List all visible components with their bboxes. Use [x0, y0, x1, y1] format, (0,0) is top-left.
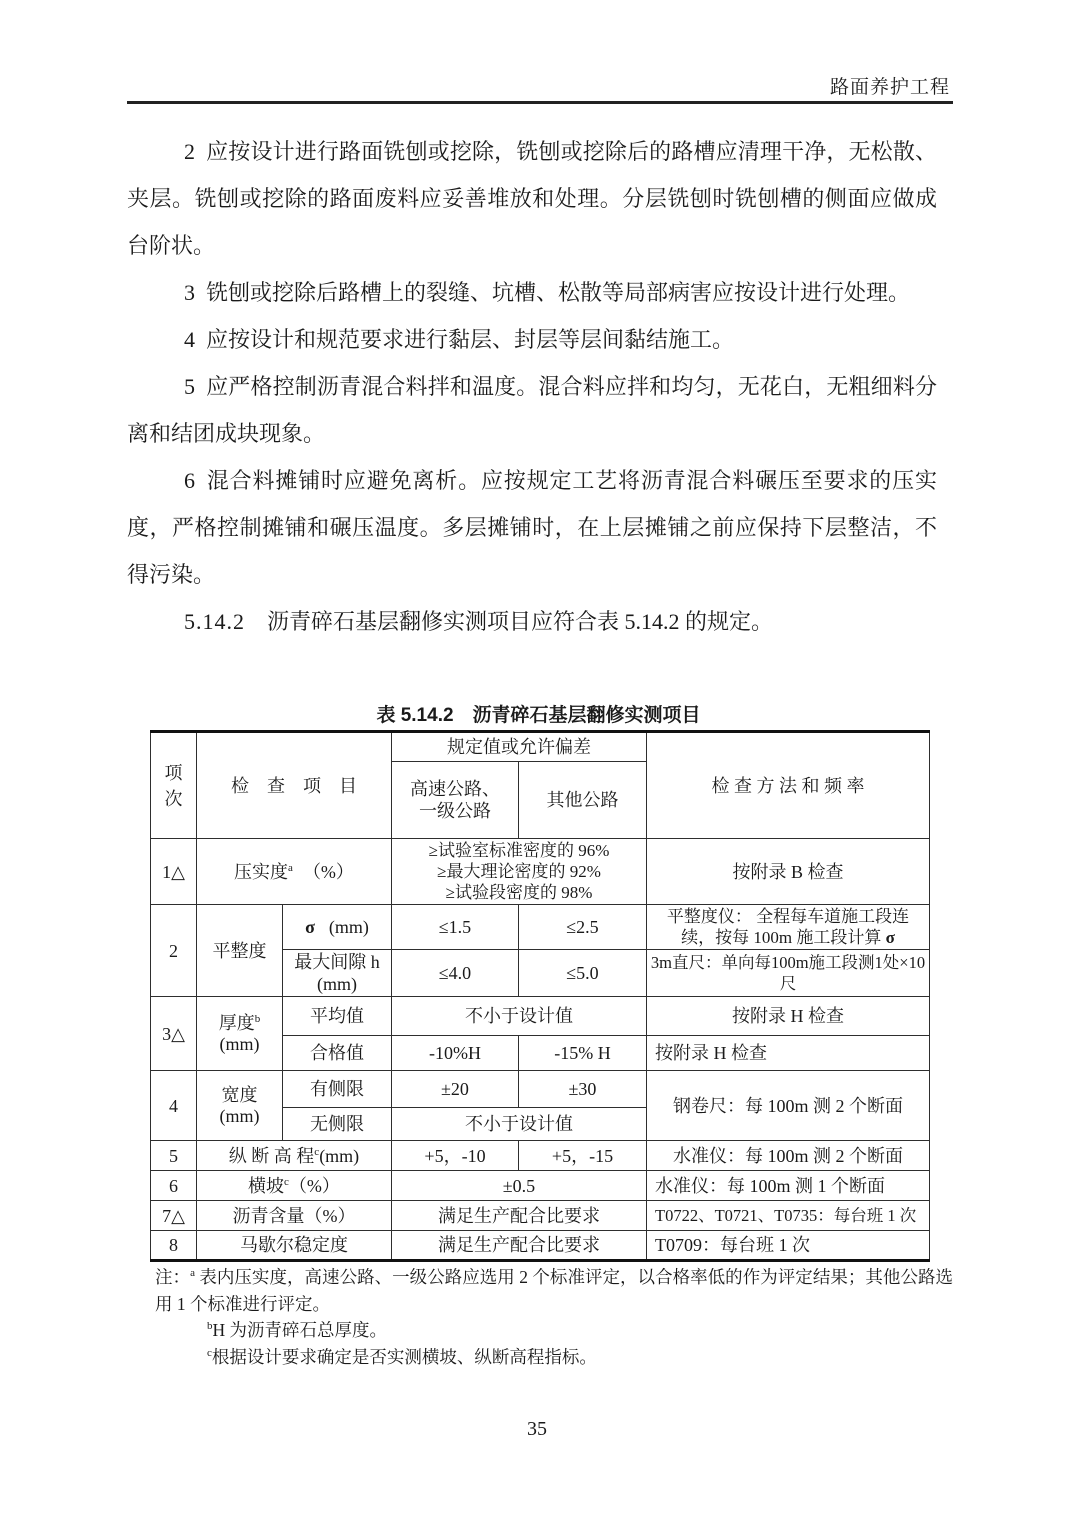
cell-elevation-no: 5 [151, 1141, 197, 1171]
th-other-roads: 其他公路 [519, 762, 647, 839]
cell-sigma-other: ≤2.5 [519, 905, 647, 950]
cell-thickness-pass-other: -15% H [519, 1036, 647, 1071]
cell-thickness-pass-method: 按附录 H 检查 [647, 1036, 930, 1071]
paragraph-number: 4 [184, 327, 195, 352]
section-heading: 5.14.2沥青碎石基层翻修实测项目应符合表 5.14.2 的规定。 [127, 598, 937, 645]
cell-gap-other: ≤5.0 [519, 950, 647, 997]
paragraph-text: 铣刨或挖除后路槽上的裂缝、坑槽、松散等局部病害应按设计进行处理。 [206, 280, 910, 305]
paragraph-text: 混合料摊铺时应避免离析。应按规定工艺将沥青混合料碾压至要求的压实度，严格控制摊铺… [127, 468, 937, 587]
paragraph-number: 6 [184, 468, 195, 493]
table-notes: 注：a 表内压实度，高速公路、一级公路应选用 2 个标准评定，以合格率低的作为评… [155, 1264, 953, 1370]
cell-width-no: 4 [151, 1071, 197, 1141]
paragraph-text: 应按设计和规范要求进行黏层、封层等层间黏结施工。 [206, 327, 734, 352]
cell-elevation-other: +5，-15 [519, 1141, 647, 1171]
table-caption-text: 表 5.14.2 沥青碎石基层翻修实测项目 [376, 705, 700, 726]
paragraph-number: 3 [184, 280, 195, 305]
paragraph-number: 5 [184, 374, 195, 399]
cell-thickness-avg-label: 平均值 [283, 997, 392, 1036]
cell-compaction-spec: ≥试验室标准密度的 96% ≥最大理论密度的 92% ≥试验段密度的 98% [392, 839, 647, 905]
cell-width-bounded-other: ±30 [519, 1071, 647, 1108]
cell-thickness-pass-label: 合格值 [283, 1036, 392, 1071]
cell-gap-method: 3m直尺：单向每100m施工段测1处×10尺 [647, 950, 930, 997]
running-header-text: 路面养护工程 [830, 77, 950, 98]
cell-thickness-no: 3△ [151, 997, 197, 1071]
inspection-table: 项 次 检 查 项 目 规定值或允许偏差 检 查 方 法 和 频 率 高速公路、… [150, 730, 930, 1262]
cell-elevation-expressway: +5，-10 [392, 1141, 519, 1171]
cell-cross-slope-method: 水准仪：每 100m 测 1 个断面 [647, 1171, 930, 1201]
cell-asphalt-method: T0722、T0721、T0735：每台班 1 次 [647, 1201, 930, 1231]
th-spec: 规定值或允许偏差 [392, 732, 647, 762]
cell-cross-slope-spec: ±0.5 [392, 1171, 647, 1201]
document-page: 路面养护工程 2应按设计进行路面铣刨或挖除，铣刨或挖除后的路槽应清理干净，无松散… [0, 0, 1074, 1520]
th-item-no: 项 次 [151, 732, 197, 839]
th-method: 检 查 方 法 和 频 率 [647, 732, 930, 839]
cell-cross-slope-item: 横坡c（%） [197, 1171, 392, 1201]
cell-marshall-method: T0709：每台班 1 次 [647, 1231, 930, 1261]
cell-compaction-method: 按附录 B 检查 [647, 839, 930, 905]
cell-width-bounded-expressway: ±20 [392, 1071, 519, 1108]
cell-width-method: 钢卷尺：每 100m 测 2 个断面 [647, 1071, 930, 1141]
note-prefix: 注： [155, 1267, 190, 1287]
cell-cross-slope-no: 6 [151, 1171, 197, 1201]
cell-sigma-method: 平整度仪： 全程每车道施工段连续，按每 100m 施工段计算 σ [647, 905, 930, 950]
paragraph-text: 应严格控制沥青混合料拌和温度。混合料应拌和均匀，无花白，无粗细料分离和结团成块现… [127, 374, 937, 446]
th-check-item: 检 查 项 目 [197, 732, 392, 839]
cell-marshall-no: 8 [151, 1231, 197, 1261]
note-a: 注：a 表内压实度，高速公路、一级公路应选用 2 个标准评定，以合格率低的作为评… [155, 1264, 953, 1317]
section-text: 沥青碎石基层翻修实测项目应符合表 5.14.2 的规定。 [267, 609, 773, 634]
cell-marshall-item: 马歇尔稳定度 [197, 1231, 392, 1261]
cell-elevation-item: 纵 断 高 程c(mm) [197, 1141, 392, 1171]
cell-width-unbounded-label: 无侧限 [283, 1108, 392, 1141]
cell-asphalt-item: 沥青含量（%） [197, 1201, 392, 1231]
note-c: c根据设计要求确定是否实测横坡、纵断高程指标。 [155, 1344, 953, 1371]
cell-width-item: 宽度 (mm) [197, 1071, 283, 1141]
note-b: bH 为沥青碎石总厚度。 [155, 1317, 953, 1344]
cell-marshall-spec: 满足生产配合比要求 [392, 1231, 647, 1261]
cell-elevation-method: 水准仪：每 100m 测 2 个断面 [647, 1141, 930, 1171]
cell-asphalt-no: 7△ [151, 1201, 197, 1231]
cell-sigma-label: σ(mm) [283, 905, 392, 950]
cell-compaction-item: 压实度a（%） [197, 839, 392, 905]
cell-thickness-pass-expressway: -10%H [392, 1036, 519, 1071]
cell-width-unbounded-spec: 不小于设计值 [392, 1108, 647, 1141]
cell-compaction-no: 1△ [151, 839, 197, 905]
section-number: 5.14.2 [184, 609, 245, 634]
body-paragraph-3: 3铣刨或挖除后路槽上的裂缝、坑槽、松散等局部病害应按设计进行处理。 [127, 269, 937, 316]
running-header: 路面养护工程 [127, 72, 950, 99]
cell-thickness-avg-spec: 不小于设计值 [392, 997, 647, 1036]
header-rule [127, 101, 953, 104]
paragraph-number: 2 [184, 139, 195, 164]
cell-smoothness-item: 平整度 [197, 905, 283, 997]
body-paragraph-2: 2应按设计进行路面铣刨或挖除，铣刨或挖除后的路槽应清理干净，无松散、夹层。铣刨或… [127, 128, 937, 269]
cell-gap-label: 最大间隙 h (mm) [283, 950, 392, 997]
th-expressway: 高速公路、 一级公路 [392, 762, 519, 839]
cell-smoothness-no: 2 [151, 905, 197, 997]
cell-width-bounded-label: 有侧限 [283, 1071, 392, 1108]
cell-asphalt-spec: 满足生产配合比要求 [392, 1201, 647, 1231]
body-paragraph-6: 6混合料摊铺时应避免离析。应按规定工艺将沥青混合料碾压至要求的压实度，严格控制摊… [127, 457, 937, 598]
table-caption: 表 5.14.2 沥青碎石基层翻修实测项目 [127, 700, 950, 727]
page-number: 35 [0, 1418, 1074, 1441]
paragraph-text: 应按设计进行路面铣刨或挖除，铣刨或挖除后的路槽应清理干净，无松散、夹层。铣刨或挖… [127, 139, 937, 258]
cell-sigma-expressway: ≤1.5 [392, 905, 519, 950]
body-text: 2应按设计进行路面铣刨或挖除，铣刨或挖除后的路槽应清理干净，无松散、夹层。铣刨或… [127, 128, 937, 645]
body-paragraph-4: 4应按设计和规范要求进行黏层、封层等层间黏结施工。 [127, 316, 937, 363]
cell-gap-expressway: ≤4.0 [392, 950, 519, 997]
cell-thickness-item: 厚度b(mm) [197, 997, 283, 1071]
cell-thickness-avg-method: 按附录 H 检查 [647, 997, 930, 1036]
body-paragraph-5: 5应严格控制沥青混合料拌和温度。混合料应拌和均匀，无花白，无粗细料分离和结团成块… [127, 363, 937, 457]
